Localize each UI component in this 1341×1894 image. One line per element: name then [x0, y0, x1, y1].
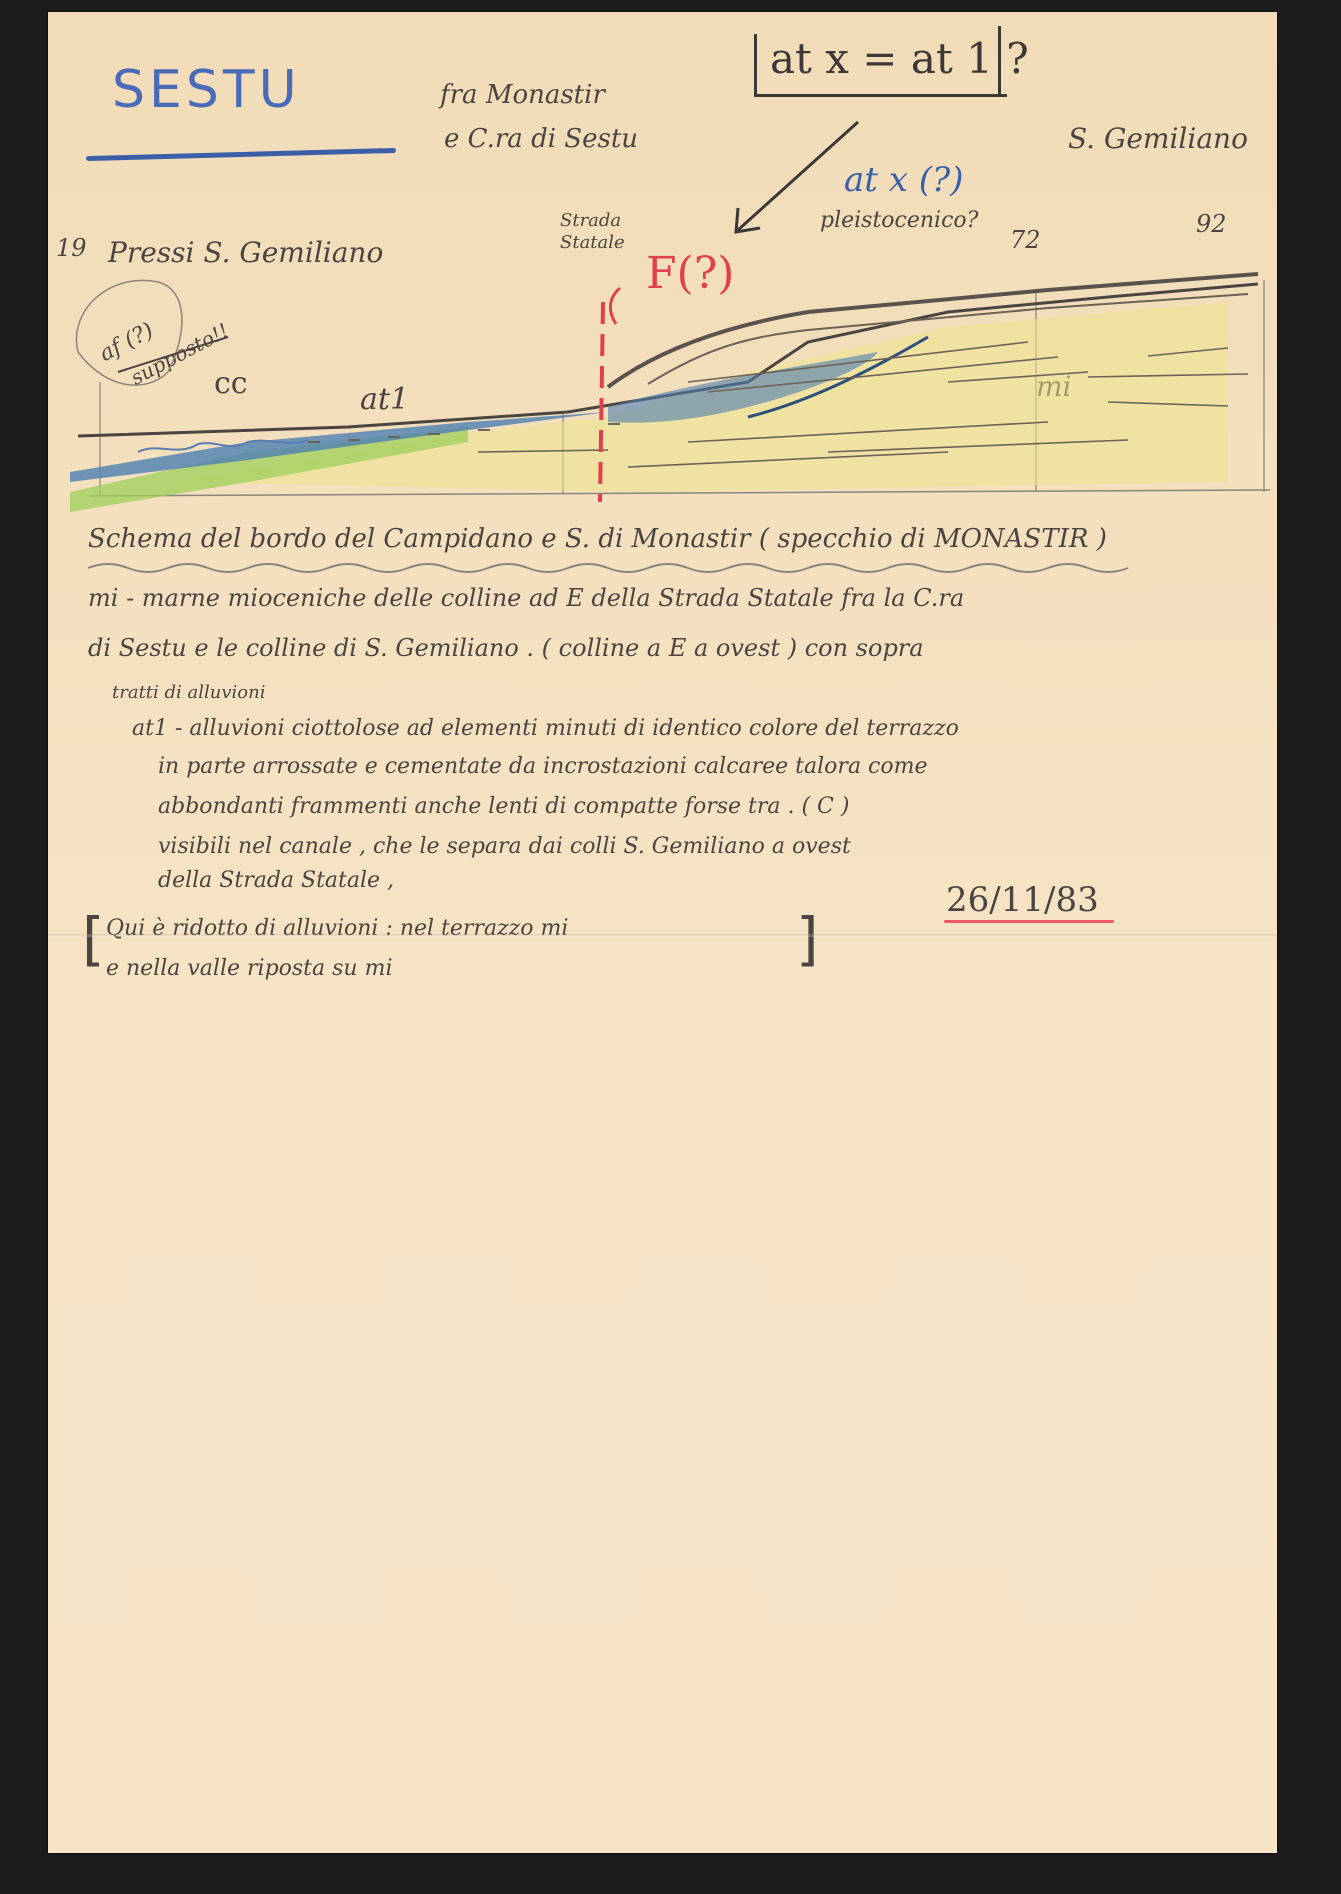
caption-line: visibili nel canale , che le separa dai … [158, 834, 851, 859]
bracket-line-1: Qui è ridotto di alluvioni : nel terrazz… [106, 916, 568, 941]
caption-line: abbondanti frammenti anche lenti di comp… [158, 794, 849, 819]
caption-line-at1: at1 - alluvioni ciottolose ad elementi m… [132, 716, 959, 741]
caption-line: della Strada Statale , [158, 868, 394, 893]
caption-heading-wavy-underline [88, 560, 1148, 576]
caption-line: tratti di alluvioni [112, 682, 265, 703]
date-underline [944, 920, 1114, 923]
date: 26/11/83 [946, 880, 1099, 920]
notebook-page: SESTU fra Monastir e C.ra di Sestu at x … [48, 12, 1277, 1853]
right-bracket: ] [796, 910, 819, 968]
bracket-line-2: e nella valle riposta su mi [106, 956, 392, 981]
geological-cross-section [48, 12, 1277, 532]
caption-line: in parte arrossate e cementate da incros… [158, 754, 928, 779]
caption-line: di Sestu e le colline di S. Gemiliano . … [88, 634, 924, 662]
caption-line-mi: mi - marne mioceniche delle colline ad E… [88, 584, 964, 612]
left-bracket: [ [82, 910, 105, 968]
caption-heading: Schema del bordo del Campidano e S. di M… [88, 524, 1107, 554]
